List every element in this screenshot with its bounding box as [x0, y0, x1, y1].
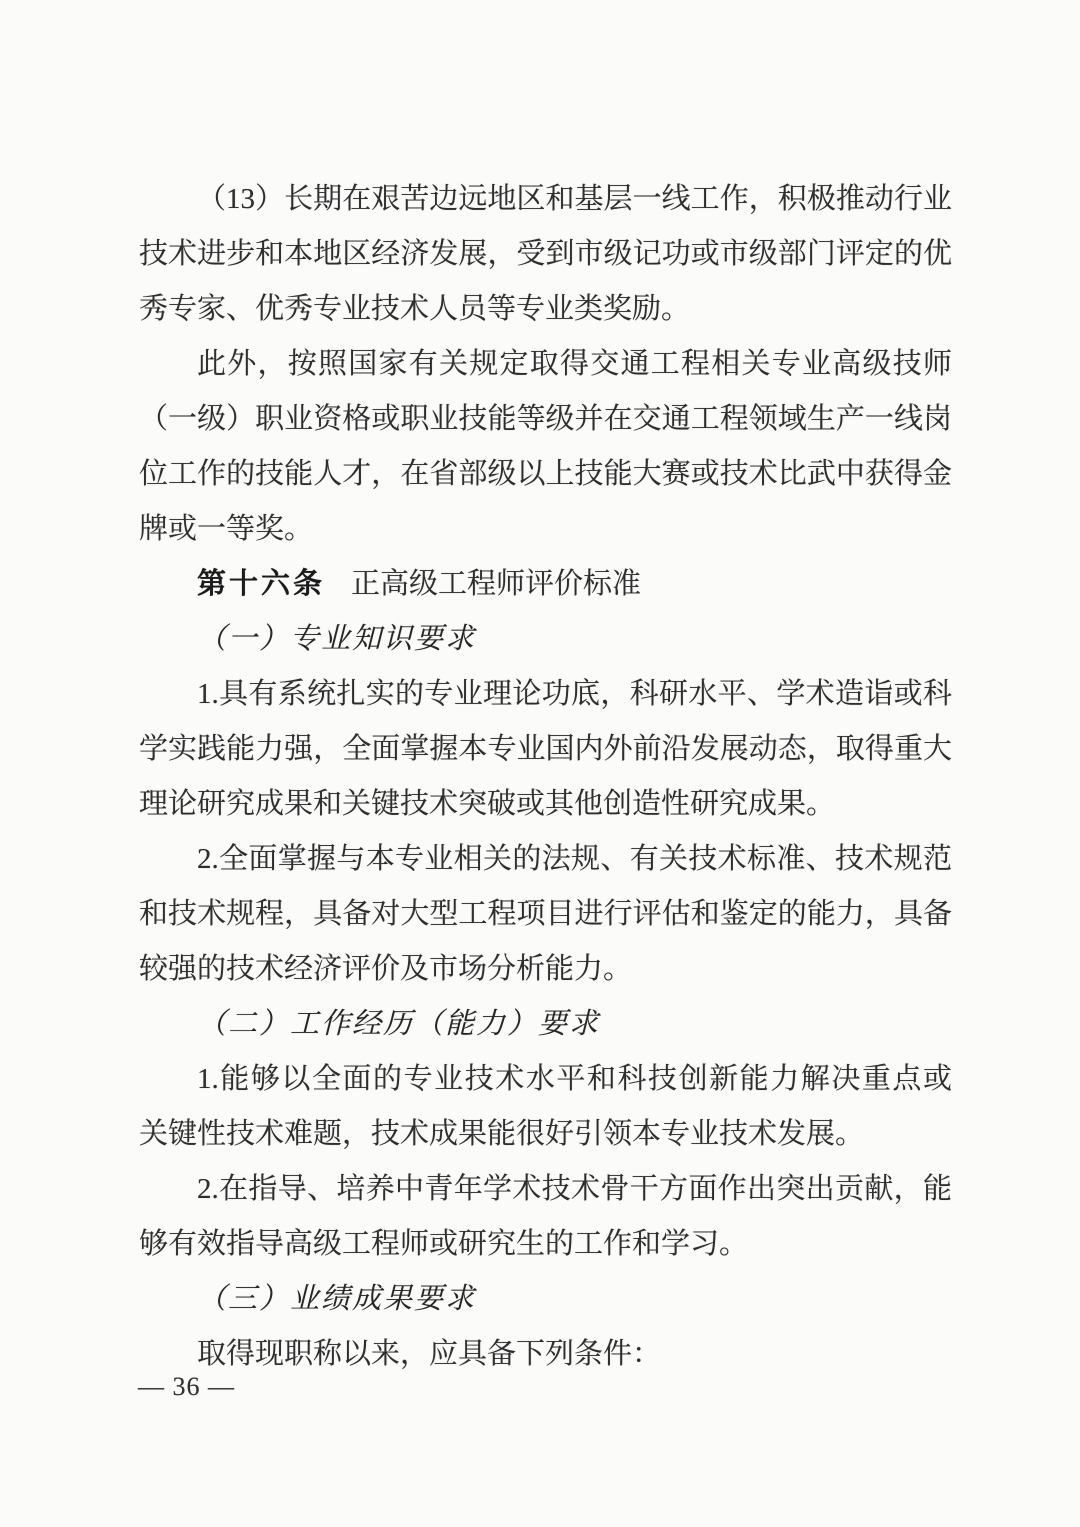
- section-subheading: （三）业绩成果要求: [139, 1272, 952, 1327]
- text-line: 2.在指导、培养中青年学术技术骨干方面作出突出贡献，能: [139, 1162, 952, 1217]
- text-line: （13）长期在艰苦边远地区和基层一线工作，积极推动行业: [139, 172, 952, 227]
- article-number: 第十六条: [197, 568, 325, 600]
- text-line: 1.具有系统扎实的专业理论功底，科研水平、学术造诣或科: [139, 667, 952, 722]
- document-page: （13）长期在艰苦边远地区和基层一线工作，积极推动行业技术进步和本地区经济发展，…: [0, 0, 1080, 1527]
- text-line: （一级）职业资格或职业技能等级并在交通工程领域生产一线岗: [139, 392, 952, 447]
- text-line: 技术进步和本地区经济发展，受到市级记功或市级部门评定的优: [139, 227, 952, 282]
- text-line: 和技术规程，具备对大型工程项目进行评估和鉴定的能力，具备: [139, 887, 952, 942]
- text-line: 秀专家、优秀专业技术人员等专业类奖励。: [139, 282, 952, 337]
- body-paragraph: （13）长期在艰苦边远地区和基层一线工作，积极推动行业技术进步和本地区经济发展，…: [139, 172, 952, 337]
- page-number: — 36 —: [138, 1372, 235, 1402]
- text-line: 学实践能力强，全面掌握本专业国内外前沿发展动态，取得重大: [139, 722, 952, 777]
- text-line: 够有效指导高级工程师或研究生的工作和学习。: [139, 1217, 952, 1272]
- section-subheading: （二）工作经历（能力）要求: [139, 997, 952, 1052]
- text-line: 此外，按照国家有关规定取得交通工程相关专业高级技师: [139, 337, 952, 392]
- body-paragraph: 2.全面掌握与本专业相关的法规、有关技术标准、技术规范和技术规程，具备对大型工程…: [139, 832, 952, 997]
- document-body: （13）长期在艰苦边远地区和基层一线工作，积极推动行业技术进步和本地区经济发展，…: [139, 172, 952, 1382]
- text-line: 理论研究成果和关键技术突破或其他创造性研究成果。: [139, 777, 952, 832]
- section-subheading: （一）专业知识要求: [139, 612, 952, 667]
- text-line: 位工作的技能人才，在省部级以上技能大赛或技术比武中获得金: [139, 447, 952, 502]
- article-heading: 第十六条正高级工程师评价标准: [139, 557, 952, 612]
- body-paragraph: 1.具有系统扎实的专业理论功底，科研水平、学术造诣或科学实践能力强，全面掌握本专…: [139, 667, 952, 832]
- body-paragraph: 1.能够以全面的专业技术水平和科技创新能力解决重点或关键性技术难题，技术成果能很…: [139, 1052, 952, 1162]
- text-line: 2.全面掌握与本专业相关的法规、有关技术标准、技术规范: [139, 832, 952, 887]
- text-line: 较强的技术经济评价及市场分析能力。: [139, 942, 952, 997]
- text-line: （二）工作经历（能力）要求: [139, 997, 952, 1052]
- text-line: 取得现职称以来，应具备下列条件：: [139, 1327, 952, 1382]
- article-title: 正高级工程师评价标准: [351, 568, 641, 600]
- text-line: （三）业绩成果要求: [139, 1272, 952, 1327]
- body-paragraph: 2.在指导、培养中青年学术技术骨干方面作出突出贡献，能够有效指导高级工程师或研究…: [139, 1162, 952, 1272]
- body-paragraph: 此外，按照国家有关规定取得交通工程相关专业高级技师（一级）职业资格或职业技能等级…: [139, 337, 952, 557]
- body-paragraph: 取得现职称以来，应具备下列条件：: [139, 1327, 952, 1382]
- text-line: （一）专业知识要求: [139, 612, 952, 667]
- text-line: 关键性技术难题，技术成果能很好引领本专业技术发展。: [139, 1107, 952, 1162]
- text-line: 1.能够以全面的专业技术水平和科技创新能力解决重点或: [139, 1052, 952, 1107]
- text-line: 牌或一等奖。: [139, 502, 952, 557]
